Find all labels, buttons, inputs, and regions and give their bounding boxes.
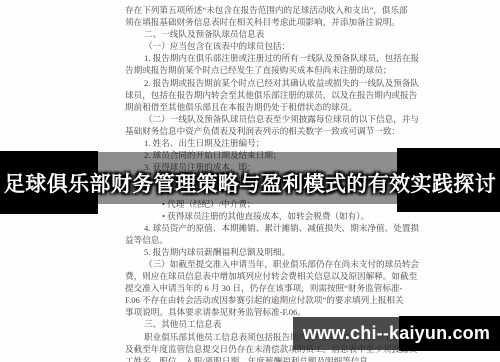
- article-title: 足球俱乐部财务管理策略与盈利模式的有效实践探讨: [0, 169, 500, 201]
- document-line: 告期或报告期前某个时点已经发生了直接购买成本但尚未注册的球员；: [125, 64, 425, 76]
- document-line: 基础财务信息中资产负债表及利润表列示的相关数字一致或可调节一致：: [125, 125, 425, 137]
- document-line: 球员，包括在报告期内转会至其他俱乐部注册的球员，以及在报告期内或报告: [125, 89, 425, 101]
- document-line: 4. 球员资产的原值、本期摊销、累计摊销、减值损失、期末净值、处置损: [125, 222, 425, 234]
- document-line: 提交准入申请当年的 6 月 30 日，仍存在该事项，则需按照“财务监管标准-: [125, 282, 425, 294]
- document-line: （二）一线队及预备队球员信息表至少须披露每位球员的以下信息，并与: [125, 113, 425, 125]
- document-line: （一）应当包含在该表中的球员包括：: [125, 40, 425, 52]
- document-line: 费，则应在球员信息表中增加填列应付转会费相关信息以及原因解释。如截至: [125, 270, 425, 282]
- watermark-url: www.chi--kaiyun.com: [295, 322, 498, 345]
- document-line: 益等信息。: [125, 234, 425, 246]
- document-line: 须在填报基础财务信息表时在相关科目考虑此项影响，并添加备注说明。: [125, 16, 425, 28]
- document-line: 1. 姓名、出生日期及注册编号；: [125, 137, 425, 149]
- document-line: • 获得球员注册的其他直接成本，如转会税费（如有）。: [125, 210, 425, 222]
- document-line: 工姓名、职位、入职/离职日期、年度薪酬福利总额及明细等信息。: [125, 355, 425, 362]
- document-line: （三）如截至提交准入申请当年，职业俱乐部仍存在尚未支付的球员转会: [125, 258, 425, 270]
- document-line: 5. 报告期内球员薪酬福利总额及明细。: [125, 246, 425, 258]
- document-line: 存在下列第五项所述“未包含在报告范围内的足球活动收入和支出”，俱乐部: [125, 4, 425, 16]
- scanned-document-page: 存在下列第五项所述“未包含在报告范围内的足球活动收入和支出”，俱乐部须在填报基础…: [0, 0, 500, 362]
- document-line: 二、一线队及预备队球员信息表: [125, 28, 425, 40]
- document-line: 期前租借至其他俱乐部且在本报告期仍处于租借状态的球员。: [125, 101, 425, 113]
- document-line: 1. 报告期内在俱乐部注册或注册过的所有一线队及预备队球员，包括在报: [125, 52, 425, 64]
- document-line: F.06 不存在由转会活动或因参赛引起的逾期应付款项”的要求填列上报相关: [125, 294, 425, 306]
- document-line: 2. 报告期或报告期前某个时点已经对其确认收益或损失的一线队及预备队: [125, 77, 425, 89]
